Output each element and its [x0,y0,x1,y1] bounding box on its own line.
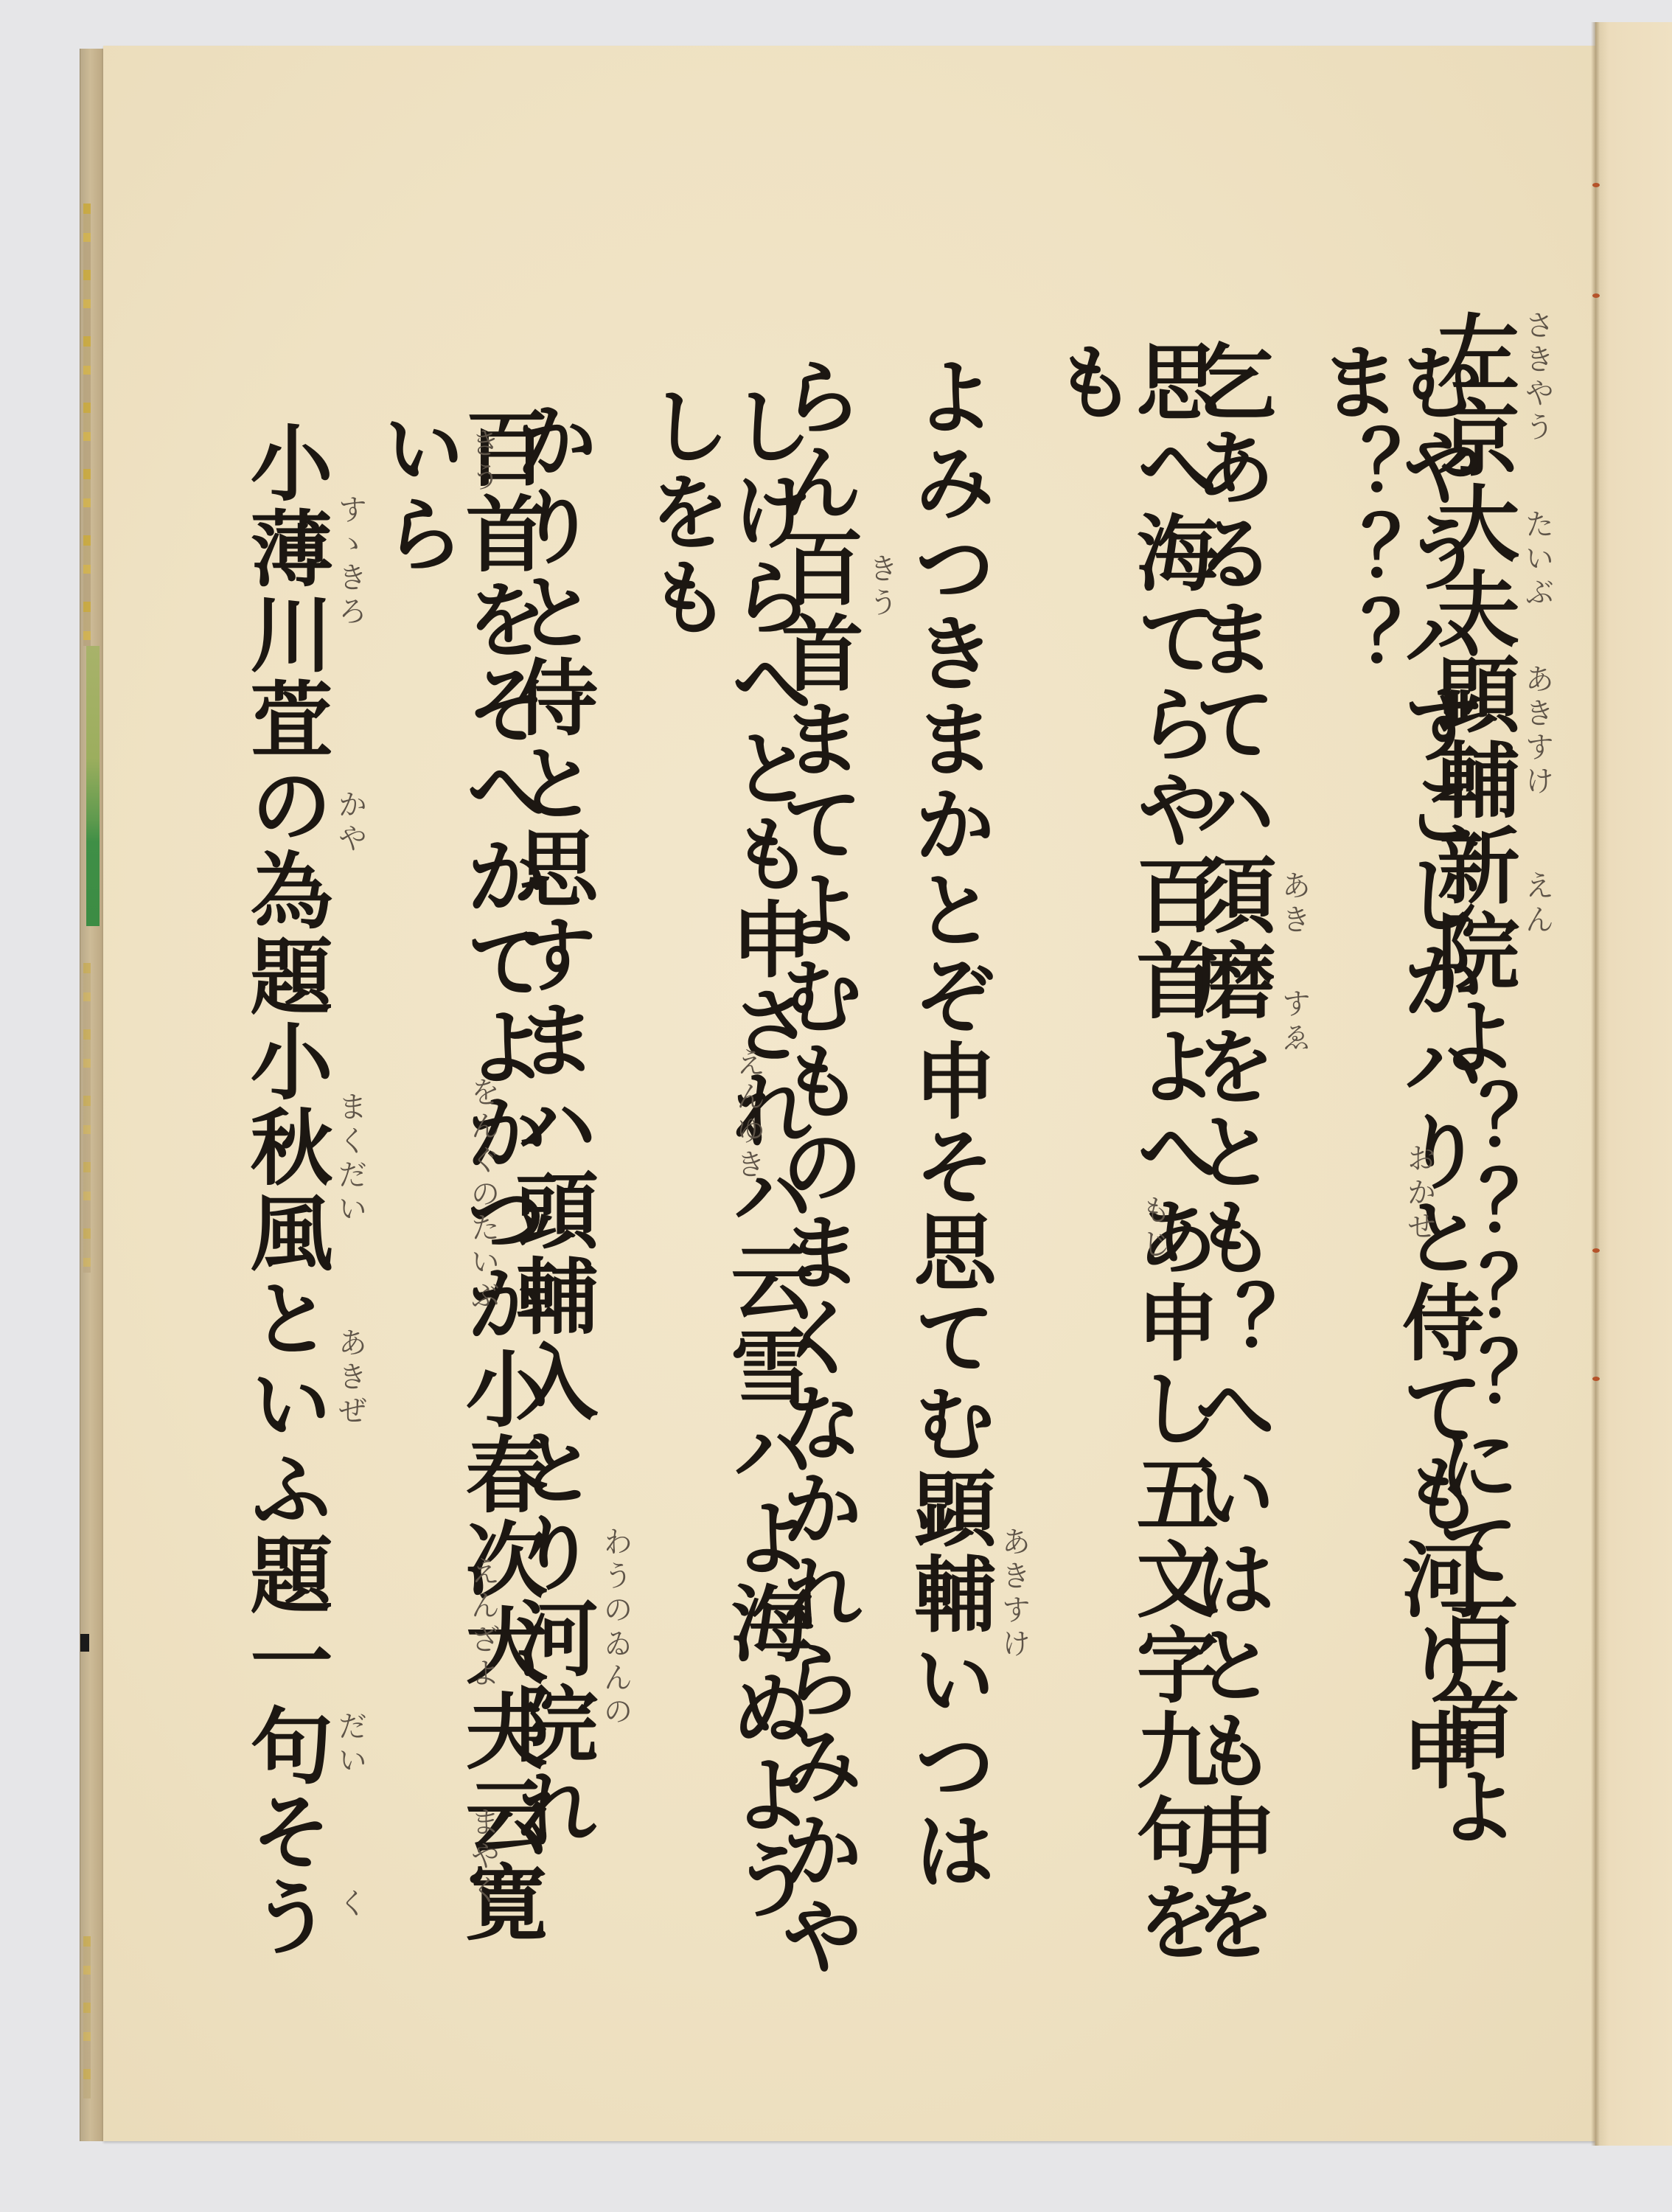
green-cover-strip [86,646,100,926]
furigana: きう [866,553,896,621]
furigana: まやく [468,1806,498,1908]
furigana: あきすけ [1522,664,1552,799]
furigana: さきやう [1522,310,1552,445]
furigana: あきぜ [335,1327,365,1429]
furigana: あきすけ [999,1526,1028,1662]
text-column-7: しけらへとも申されハ云雪ハよ海ぬようしをも [641,383,807,2006]
text-column-9: 百首をそへかてよかつか小春次大夫云寛いら [376,406,541,2006]
facing-page-edge [1595,22,1672,2146]
furigana: たいぶ [1522,509,1552,611]
furigana: をんぐのたいぶ [468,1077,498,1314]
gilt-edge-upper [83,204,91,646]
binding-hole [1592,183,1600,187]
binding-gutter [1591,22,1600,2146]
binding-hole [1592,1248,1600,1253]
text-column-4: 思へ海てらや百首よへあ申し五文字九句をも [1047,339,1212,2006]
furigana: わうのゐんの [601,1526,630,1730]
furigana: だい [335,1711,365,1778]
furigana: えん [1522,870,1552,938]
furigana: えんざよ [468,1556,498,1691]
furigana: かや [335,789,365,857]
furigana: すゝきろ [335,494,365,630]
furigana: おかせ [1404,1143,1434,1245]
edge-marker [80,1634,89,1652]
text-column-2: むやうハすこしかハりと侍ても河り申ま？？？ [1312,339,1477,2006]
text-column-10: 小薄川萓の為題小秋風といふ題一句そう [243,420,326,1960]
text-column-5: よみつきまかとぞ申そ思てむ顕輔いつは [907,354,989,1893]
gilt-edge-bottom [83,1936,91,2098]
binding-hole [1592,293,1600,298]
text-body: 左京大夫顕輔新院よ？？？？にて百首よ むやうハすこしかハりと侍ても河り申ま？？？… [221,310,1548,2006]
furigana: もじ [1139,1194,1168,1262]
furigana: く [335,1888,365,1921]
gilt-edge-lower [83,963,91,1273]
binding-hole [1592,1377,1600,1381]
furigana: きう [468,428,498,495]
furigana: えんゆき [734,1047,763,1183]
book-fore-edge [80,49,105,2141]
furigana: すゑ [1279,988,1309,1056]
furigana: まくだい [335,1091,365,1227]
furigana: あき [1279,870,1309,938]
